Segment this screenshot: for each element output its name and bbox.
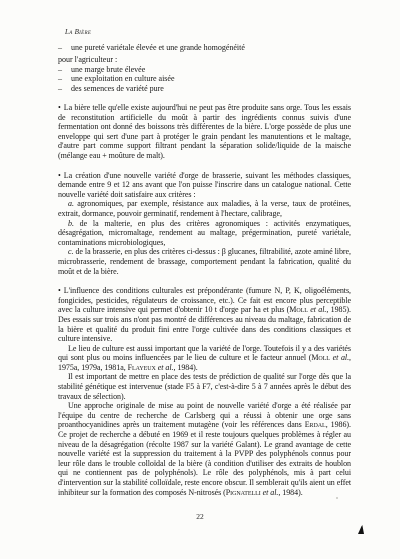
scan-speck: [336, 497, 338, 499]
citation-author: Pignatelli: [226, 488, 261, 497]
bullet-icon: •: [58, 171, 61, 180]
bullet-icon: •: [58, 286, 61, 295]
paragraph-carlsberg: Une approche originale de mise au point …: [58, 401, 351, 497]
document-page: La Bière –une pureté variétale élevée et…: [0, 0, 400, 559]
criterion-text: de la malterie, en plus des critères agr…: [58, 219, 351, 247]
citation-etal: et al.: [156, 363, 174, 372]
list-item-text: une exploitation en culture aisée: [71, 74, 175, 83]
paragraph-text: , 1986). Ce projet de recherche a débuté…: [58, 420, 351, 496]
list-intro-farmer: pour l'agriculteur :: [58, 55, 351, 64]
criterion-c: c. de la brasserie, en plus des critères…: [58, 247, 351, 276]
citation-author: Erdal: [305, 420, 326, 429]
bullet-icon: •: [58, 103, 61, 112]
body-text: •La bière telle qu'elle existe aujourd'h…: [58, 103, 351, 497]
criterion-b: b. de la malterie, en plus des critères …: [58, 219, 351, 248]
paragraph-creation-variete: •La création d'une nouvelle variété d'or…: [58, 171, 351, 200]
paragraph-text: , 1984).: [173, 363, 197, 372]
dash-icon: –: [58, 65, 71, 74]
paragraph-text: Le lieu de culture est aussi important q…: [58, 344, 351, 363]
paragraph-text: La création d'une nouvelle variété d'org…: [58, 171, 351, 199]
list-item-text: une marge brute élevée: [71, 65, 145, 74]
list-item-margin: –une marge brute élevée: [58, 65, 351, 74]
page-number: 22: [0, 512, 400, 521]
list-item-exploitation: –une exploitation en culture aisée: [58, 74, 351, 83]
dash-icon: –: [58, 74, 71, 83]
criterion-text: agronomiques, par exemple, résistance au…: [58, 199, 351, 218]
list-item-brewer: –une pureté variétale élevée et une gran…: [58, 43, 351, 52]
criterion-text: de la brasserie, en plus des critères ci…: [58, 247, 351, 275]
paragraph-tests-prediction: Il est important de mettre en place des …: [58, 372, 351, 401]
intro-list: –une pureté variétale élevée et une gran…: [58, 43, 351, 93]
citation-etal: et al.: [308, 305, 326, 314]
dash-icon: –: [58, 43, 71, 52]
citation-author: Moll: [311, 353, 330, 362]
paragraph-lieu-culture: Le lieu de culture est aussi important q…: [58, 344, 351, 373]
paragraph-orge: •La bière telle qu'elle existe aujourd'h…: [58, 103, 351, 161]
list-item-text: une pureté variétale élevée et une grand…: [71, 43, 245, 52]
citation-author: Moll: [289, 305, 308, 314]
paragraph-text: , 1984).: [278, 488, 302, 497]
ink-mark: [358, 525, 364, 534]
running-header: La Bière: [65, 28, 351, 36]
list-item-semences: –des semences de variété pure: [58, 84, 351, 93]
citation-etal: et al.: [330, 353, 349, 362]
criterion-a: a. agronomiques, par exemple, résistance…: [58, 199, 351, 218]
paragraph-conditions-culturales: •L'influence des conditions culturales e…: [58, 286, 351, 344]
citation-etal: et al.: [261, 488, 279, 497]
paragraph-text: La bière telle qu'elle existe aujourd'hu…: [58, 103, 351, 160]
list-item-text: des semences de variété pure: [71, 84, 164, 93]
dash-icon: –: [58, 84, 71, 93]
citation-author: Flayeux: [128, 363, 156, 372]
